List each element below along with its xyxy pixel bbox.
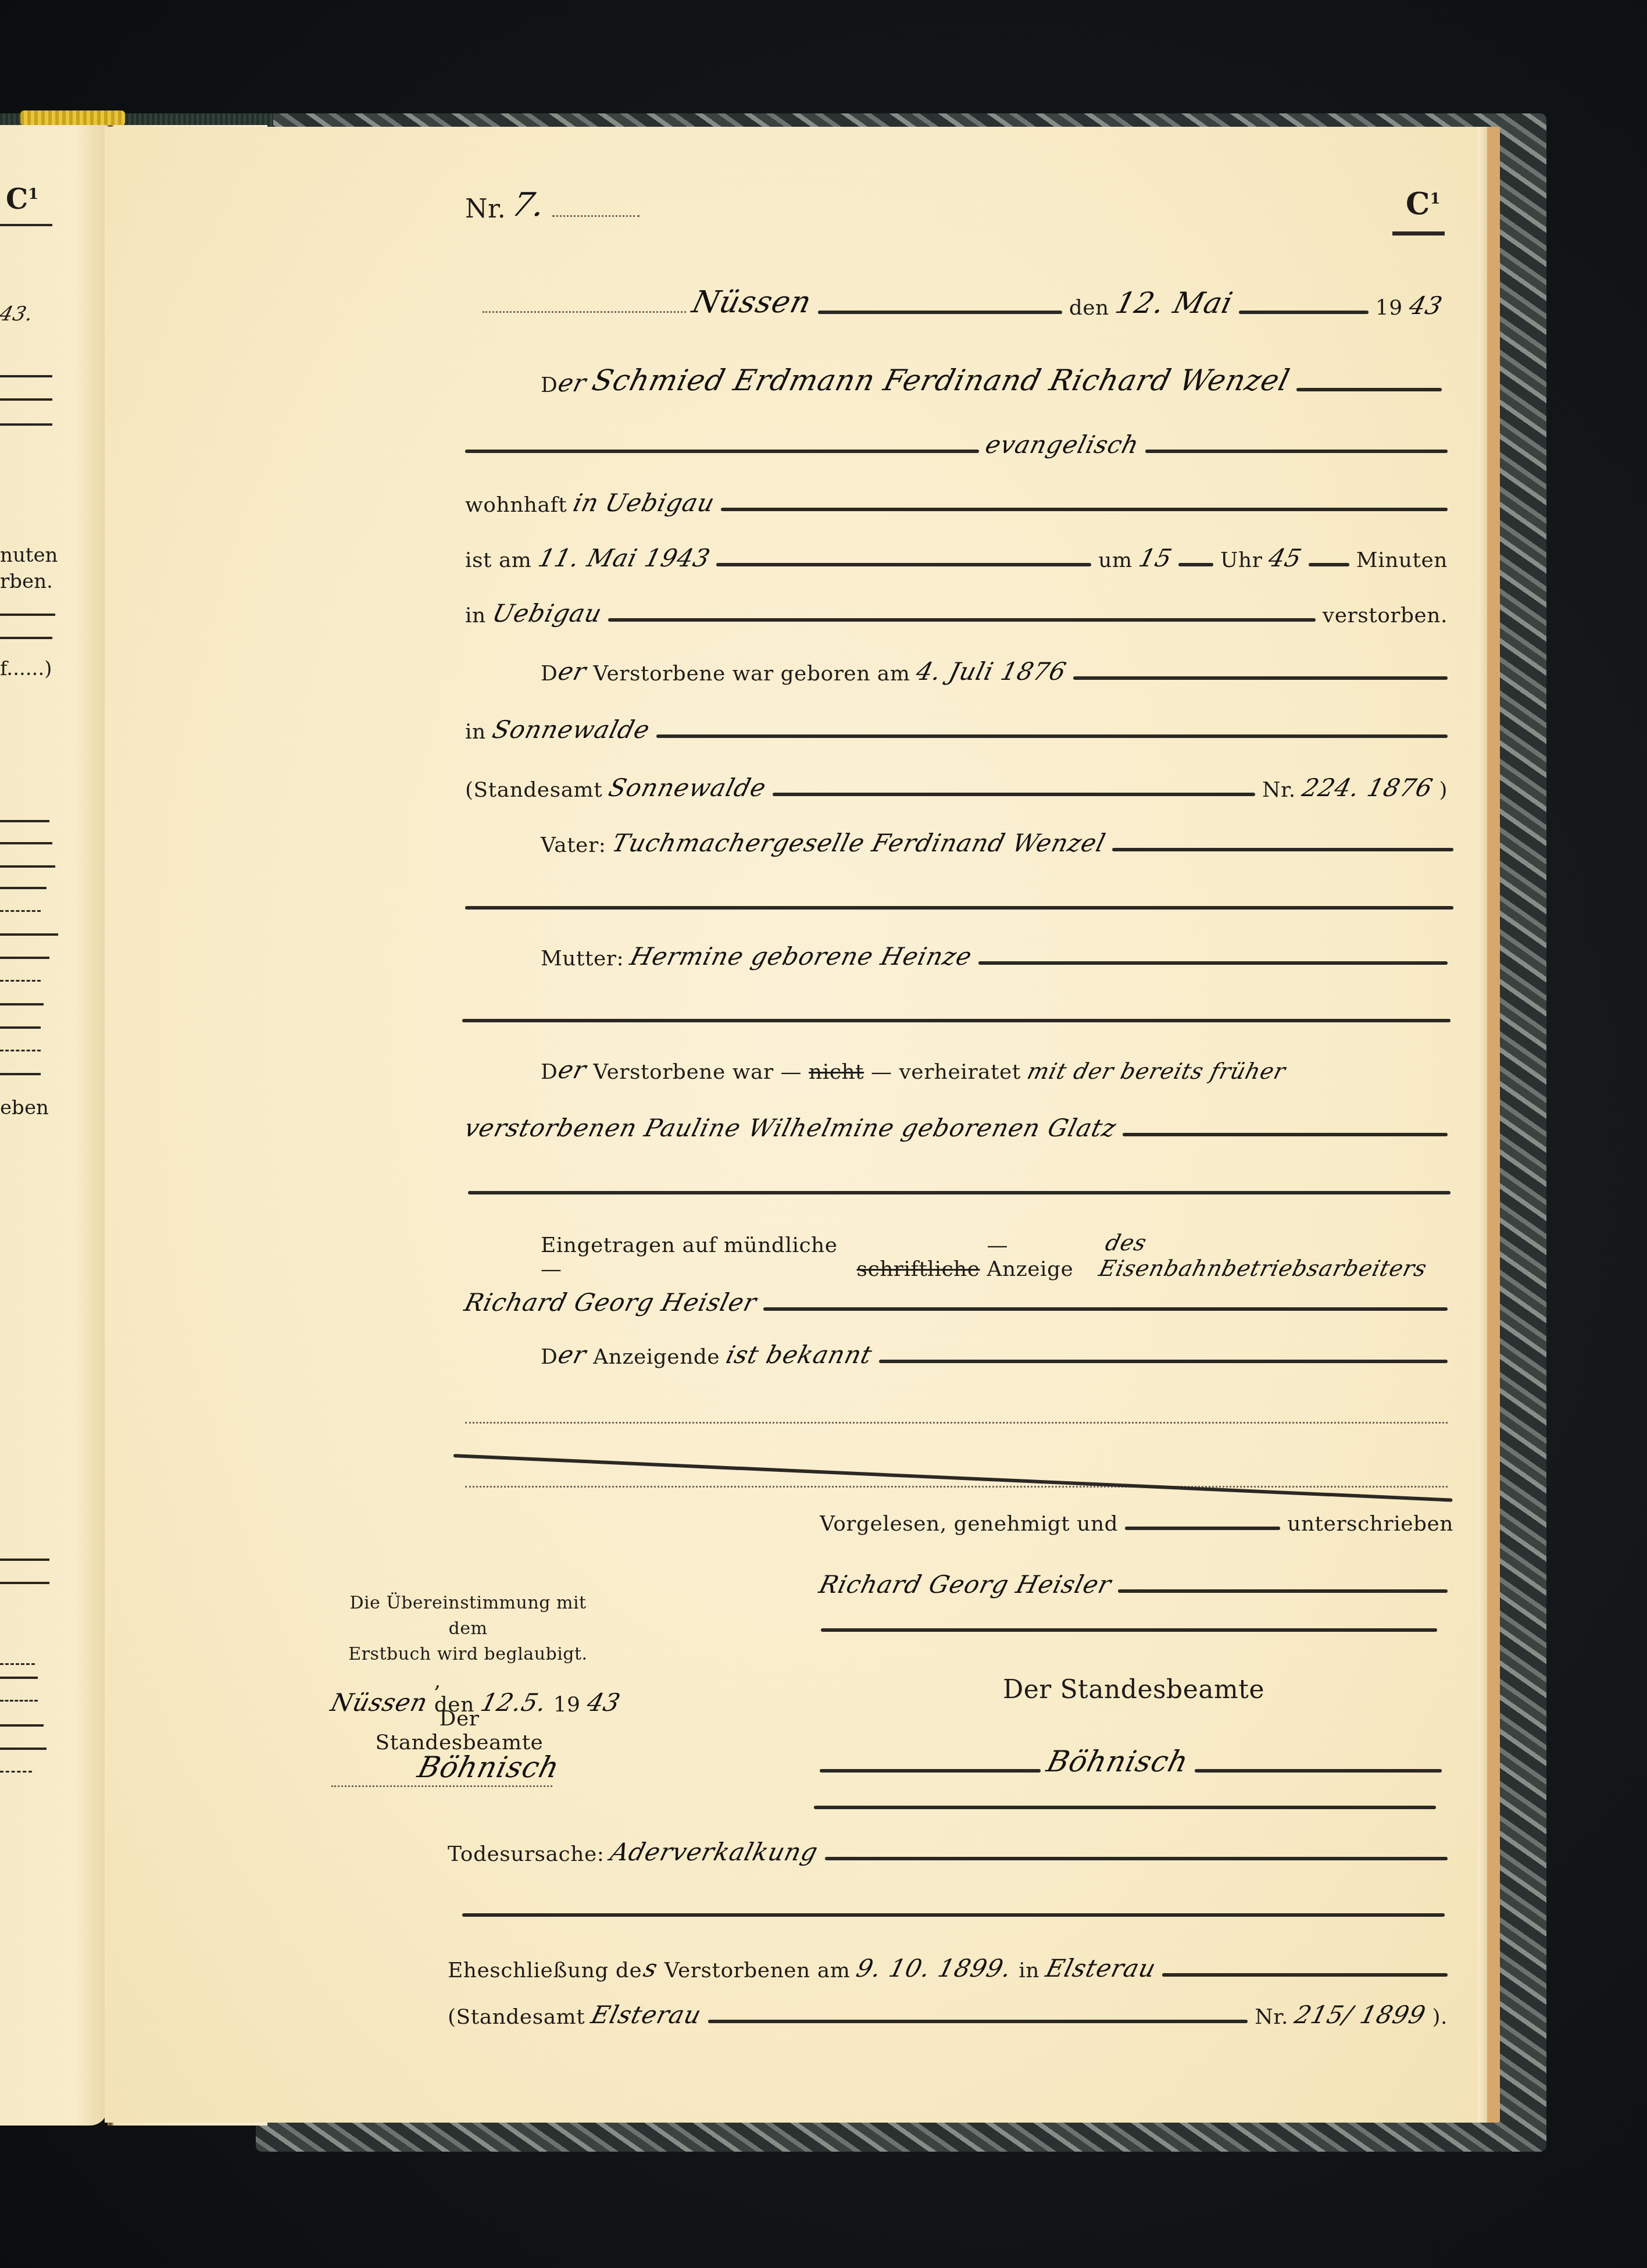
registrar-signature: Böhnisch: [1044, 1745, 1192, 1778]
informant-occupation: des Eisenbahnbetriebsarbeiters: [1096, 1230, 1466, 1281]
mother-row: Mutter: Hermine geborene Heinze: [541, 942, 1448, 971]
left-rule: [0, 224, 52, 226]
informant-name-row: Richard Georg Heisler: [465, 1288, 1448, 1317]
vorgelesen-row: Vorgelesen, genehmigt und unterschrieben: [820, 1512, 1453, 1536]
cause-of-death: Aderverkalkung: [608, 1838, 821, 1866]
registration-place: Nüssen: [689, 285, 816, 320]
residence: Uebigau: [602, 488, 718, 517]
birth-registry-row: (Standesamt Sonnewalde Nr. 224. 1876 ): [465, 773, 1448, 802]
birth-date: 4. Juli 1876: [913, 657, 1070, 686]
marriage-registry-row: (Standesamt Elsterau Nr. 215/ 1899 ).: [448, 2000, 1448, 2029]
informant-name: Richard Georg Heisler: [462, 1288, 760, 1317]
anzeigende-row: Der Anzeigende ist bekannt: [541, 1340, 1448, 1369]
nicht-struck: nicht: [809, 1060, 864, 1084]
informant-signature: Richard Georg Heisler: [816, 1570, 1114, 1599]
registration-date: 12. Mai: [1112, 286, 1236, 320]
father: Tuchmachergeselle Ferdinand Wenzel: [609, 829, 1109, 857]
death-date: 11. Mai 1943: [535, 544, 713, 572]
religion: evangelisch: [982, 430, 1142, 459]
certification-signature: Böhnisch: [415, 1750, 563, 1784]
birth-reg-number: 224. 1876: [1299, 773, 1436, 802]
birth-date-row: Der Verstorbene war geboren am 4. Juli 1…: [541, 657, 1448, 686]
death-hour: 15: [1136, 544, 1176, 572]
registrar-signature-row: Böhnisch: [820, 1745, 1442, 1778]
form-code: C1: [1406, 186, 1440, 222]
deceased-name-row: Der Schmied Erdmann Ferdinand Richard We…: [541, 363, 1442, 397]
death-minutes: 45: [1266, 544, 1305, 572]
deceased-name: Schmied Erdmann Ferdinand Richard Wenzel: [589, 363, 1294, 397]
vater-label: Vater:: [541, 833, 606, 857]
entry-number: 7.: [508, 186, 550, 224]
page-edge: [1478, 127, 1487, 2123]
spouse-row: verstorbenen Pauline Wilhelmine geborene…: [465, 1114, 1448, 1142]
left-paren-fragment: f......): [0, 657, 52, 680]
todesursache-label: Todesursache:: [448, 1842, 604, 1866]
left-unterschrieben-fragment: eben: [0, 1096, 49, 1119]
schriftliche-struck: schriftliche: [857, 1257, 980, 1281]
spouse-line-2: verstorbenen Pauline Wilhelmine geborene…: [462, 1114, 1120, 1142]
den-label: den: [1069, 296, 1109, 320]
nr-label: Nr.: [465, 194, 506, 224]
birth-place-row: in Sonnewalde: [465, 715, 1448, 744]
marriage-row: Eheschließung des Verstorbenen am 9. 10.…: [448, 1954, 1448, 1982]
death-place: Uebigau: [490, 599, 605, 627]
marriage-date: 9. 10. 1899.: [853, 1954, 1015, 1982]
marriage-reg-number: 215/ 1899: [1292, 2000, 1429, 2029]
birth-place: Sonnewalde: [490, 715, 653, 744]
death-datetime-row: ist am 11. Mai 1943 um 15 Uhr 45 Minuten: [465, 544, 1448, 572]
year-printed: 19: [1376, 296, 1403, 320]
entry-number-row: Nr. 7.: [465, 186, 639, 224]
marriage-place: Elsterau: [1043, 1954, 1159, 1982]
father-row: Vater: Tuchmachergeselle Ferdinand Wenze…: [541, 829, 1453, 857]
mother: Hermine geborene Heinze: [627, 942, 975, 971]
form-code-underline: [1392, 231, 1445, 236]
marriage-registry: Elsterau: [588, 2000, 705, 2029]
left-form-code: C1: [6, 183, 38, 216]
cause-of-death-row: Todesursache: Aderverkalkung: [448, 1838, 1448, 1866]
spouse-line-1: mit der bereits früher: [1024, 1058, 1288, 1084]
previous-page-fragment: C1 43. nuten rben. f......) eben: [0, 125, 108, 2126]
certification-standesbeamte-label: Der Standesbeamte: [360, 1707, 558, 1755]
certification-text: Die Übereinstimmung mit dem Erstbuch wir…: [343, 1591, 593, 1667]
left-verstorben-fragment: rben.: [0, 570, 53, 593]
marital-status-row: Der Verstorbene war — nicht — verheirate…: [541, 1055, 1448, 1084]
left-minuten-fragment: nuten: [0, 544, 58, 567]
left-year-fragment: 43.: [0, 302, 36, 326]
year-hand: 43: [1406, 291, 1445, 320]
mutter-label: Mutter:: [541, 947, 624, 971]
informant-signature-row: Richard Georg Heisler: [820, 1570, 1448, 1599]
religion-row: evangelisch: [465, 430, 1448, 459]
death-place-row: in Uebigau verstorben.: [465, 599, 1448, 627]
standesbeamte-label: Der Standesbeamte: [959, 1675, 1308, 1704]
bookmark-ribbon: [20, 110, 125, 126]
place-date-row: Nüssen den 12. Mai 1943: [483, 285, 1442, 320]
anzeigende-known: ist bekannt: [723, 1340, 876, 1369]
informant-row: Eingetragen auf mündliche — schriftliche…: [541, 1230, 1459, 1281]
birth-registry: Sonnewalde: [606, 773, 769, 802]
residence-row: wohnhaft in Uebigau: [465, 488, 1448, 517]
wohnhaft-label: wohnhaft: [465, 493, 567, 517]
